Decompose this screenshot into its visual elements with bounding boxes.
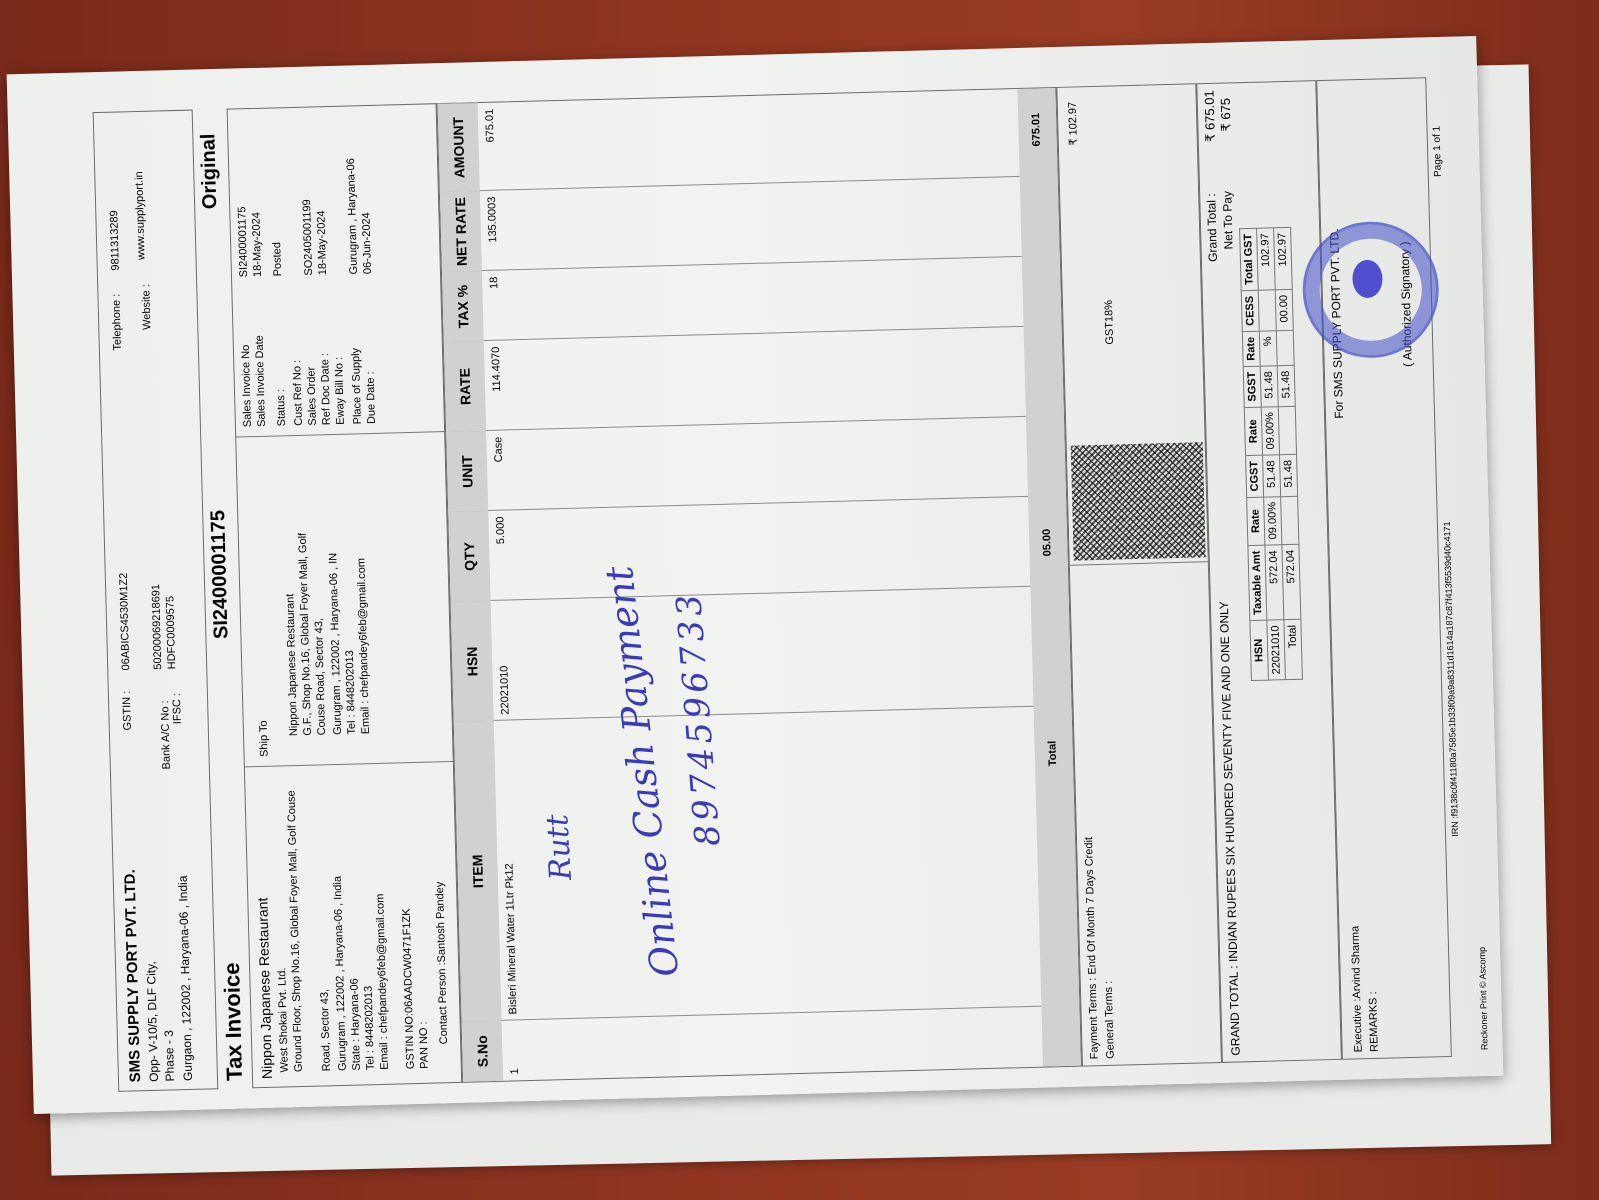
tax-cell: 22021010 <box>1267 620 1286 680</box>
tax-column-header: CESS <box>1241 290 1259 331</box>
bill-to-contact: Contact Person :Santosh Pandey <box>434 882 450 1045</box>
telephone: 9811313289 <box>108 210 122 271</box>
supplier-gstin: 06ABICS4530M1Z2 <box>118 573 133 671</box>
tax-column-header: HSN <box>1250 620 1269 680</box>
gst-label: GST18% <box>1103 300 1116 345</box>
bill-to-state: State : Haryana-06 <box>348 978 362 1071</box>
tax-summary-table: HSNTaxable AmtRateCGSTRateSGSTRateCESSTo… <box>1239 227 1303 681</box>
tax-cell: 09.00% <box>1264 496 1282 545</box>
invoice-paper: SMS SUPPLY PORT PVT. LTD. Opp- V-10/5, D… <box>7 36 1504 1114</box>
table-cell: 18 <box>488 277 502 335</box>
tax-cell: 572.04 <box>1282 544 1301 620</box>
tax-column-header: Rate <box>1244 407 1262 456</box>
tax-cell: 572.04 <box>1265 545 1284 621</box>
ship-to-address-3: Gurugram , 122002 , Haryana-06 , IN <box>327 553 344 735</box>
ship-to: Ship To Nippon Japanese Restaurant G.F.,… <box>236 431 455 767</box>
page-number: Page 1 of 1 <box>1431 126 1443 177</box>
supplier-header: SMS SUPPLY PORT PVT. LTD. Opp- V-10/5, D… <box>93 110 219 1092</box>
ship-to-address-1: G.F., Shop No.16, Global Foyer Mall, Gol… <box>297 533 314 736</box>
invoice-meta: Sales Invoice NoSI2400001175Sales Invoic… <box>234 114 380 428</box>
column-header: AMOUNT <box>438 102 480 192</box>
invoice-document: SMS SUPPLY PORT PVT. LTD. Opp- V-10/5, D… <box>93 76 1508 1092</box>
tax-column-header: Taxable Amt <box>1248 545 1267 621</box>
ship-to-name: Nippon Japanese Restaurant <box>284 594 300 737</box>
column-header: NET RATE <box>440 190 482 272</box>
column-header: HSN <box>451 600 494 722</box>
total-qty: 05.00 <box>1041 529 1054 557</box>
meta-value: Posted <box>271 242 289 277</box>
meta-label: Due Date : <box>362 274 380 424</box>
tax-cell: 102.97 <box>1257 228 1276 291</box>
grand-total-value: ₹ 675.01 <box>1201 90 1218 142</box>
table-cell: 675.01 <box>484 109 498 185</box>
tax-cell <box>1278 406 1296 455</box>
gstin-label: GSTIN : <box>121 691 134 731</box>
table-cell: 1 <box>508 1026 521 1074</box>
tax-cell: 00.00 <box>1275 289 1293 330</box>
table-cell: Bisleri Mineral Water 1Ltr Pk12 <box>500 726 520 1014</box>
bill-to-name: Nippon Japanese Restaurant <box>254 897 275 1079</box>
handwriting-name: Rutt <box>540 813 579 881</box>
copy-label: Original <box>197 133 222 209</box>
net-to-pay-label: Net To Pay <box>1220 191 1236 250</box>
supplier-address-2: Phase - 3 <box>162 1030 177 1082</box>
bill-to-company: West Shokai Pvt. Ltd. <box>276 967 291 1072</box>
invoice-number-heading: SI2400001175 <box>207 510 233 640</box>
meta-label: Sales Invoice Date <box>252 277 270 427</box>
column-header: RATE <box>444 340 486 432</box>
general-terms-label: General Terms : <box>1103 981 1117 1059</box>
net-to-pay-value: ₹ 675 <box>1218 98 1235 132</box>
tax-cell: 102.97 <box>1274 227 1293 290</box>
bill-to: Nippon Japanese Restaurant West Shokai P… <box>245 761 463 1087</box>
tax-column-header: Rate <box>1242 331 1260 366</box>
meta-value: Gurugram , Haryana-06 <box>345 158 362 274</box>
table-cell: 22021010 <box>497 606 512 714</box>
table-cell: 114.4070 <box>490 347 504 425</box>
payment-terms-value: End Of Month 7 Days Credit <box>1083 837 1099 975</box>
grand-total-words: GRAND TOTAL : INDIAN RUPEES SIX HUNDRED … <box>1217 601 1243 1056</box>
items-table: S.NoITEMHSNQTYUNITRATETAX %NET RATEAMOUN… <box>437 87 1082 1083</box>
terms-section: Fayment Terms : End Of Month 7 Days Cred… <box>1056 83 1222 1066</box>
table-cell: 135.0003 <box>486 197 500 265</box>
total-amount: 675.01 <box>1030 113 1043 147</box>
bill-to-address-3: Gurugram , 122002 , Haryana-06 , India <box>332 876 349 1071</box>
tax-column-header: CGST <box>1246 455 1264 497</box>
tax-column-header: SGST <box>1243 366 1261 407</box>
ship-to-label: Ship To <box>258 720 271 757</box>
website[interactable]: www.supplyport.in <box>133 171 147 260</box>
ship-to-address-2: Couse Road, Sector 43, <box>313 618 328 736</box>
meta-value: 06-Jun-2024 <box>360 212 376 274</box>
document-title: Tax Invoice <box>219 962 248 1081</box>
meta-value: 18-May-2024 <box>315 210 331 275</box>
total-label: Total <box>1046 741 1059 767</box>
tax-column-header: Total GST <box>1240 228 1259 291</box>
executive-name: Executive :Arvind Sharma <box>1349 926 1364 1053</box>
tax-cell: 51.48 <box>1280 454 1298 496</box>
qr-code <box>1071 442 1206 560</box>
bill-to-gstin: GSTIN NO:06AADCW0471F1ZK <box>401 908 417 1069</box>
grand-total-label: Grand Total : <box>1204 193 1220 262</box>
tax-column-header: Rate <box>1247 497 1265 546</box>
tax-cell <box>1276 330 1294 365</box>
website-label: Website : <box>140 284 153 330</box>
bill-to-email: Email : chefpandey6feb@gmail.com <box>374 893 391 1070</box>
print-credit: Reckoner Print © Ascomp <box>1477 947 1490 1050</box>
column-header: ITEM <box>454 720 502 1022</box>
bill-to-address-2: Road, Sector 43, <box>319 989 333 1072</box>
meta-value: 18-May-2024 <box>250 212 266 277</box>
tax-cell: Total <box>1284 619 1303 679</box>
tax-cell: % <box>1259 331 1277 366</box>
column-header: UNIT <box>446 430 488 512</box>
column-header: QTY <box>448 510 490 602</box>
column-header: S.No <box>462 1020 504 1082</box>
bank-account: 50200069218691 <box>150 584 164 670</box>
supplier-address-1: Opp- V-10/5, DLF City, <box>144 961 161 1082</box>
tax-cell: 09.00% <box>1261 406 1279 455</box>
ifsc-code: HDFC0009575 <box>164 596 178 670</box>
ship-to-email: Email : chefpandey6feb@gmail.com <box>355 558 372 735</box>
tax-cell: 51.48 <box>1263 455 1281 497</box>
tax-cell: 51.48 <box>1277 365 1295 406</box>
tax-cell: 51.48 <box>1260 365 1278 406</box>
supplier-name: SMS SUPPLY PORT PVT. LTD. <box>121 869 144 1082</box>
remarks-label: REMARKS : <box>1367 991 1381 1052</box>
ship-to-tel: Tel : 8448202013 <box>344 650 358 735</box>
tax-cell <box>1281 496 1299 545</box>
supplier-address-3: Gurgaon , 122002 , Haryana-06 , India <box>176 875 195 1081</box>
bill-to-tel: Tel : 8448202013 <box>363 986 377 1071</box>
gst-amount: ₹ 102.97 <box>1066 102 1080 146</box>
tax-cell <box>1258 290 1276 331</box>
ifsc-label: IFSC : <box>171 693 184 724</box>
parties-section: Nippon Japanese Restaurant West Shokai P… <box>227 103 463 1088</box>
column-header: TAX % <box>442 270 484 342</box>
table-cell: Case <box>492 437 506 505</box>
payment-terms-label: Fayment Terms : <box>1087 977 1101 1059</box>
telephone-label: Telephone : <box>110 294 123 351</box>
bill-to-pan: PAN NO : <box>418 1021 431 1069</box>
table-cell: 5.000 <box>494 516 508 594</box>
